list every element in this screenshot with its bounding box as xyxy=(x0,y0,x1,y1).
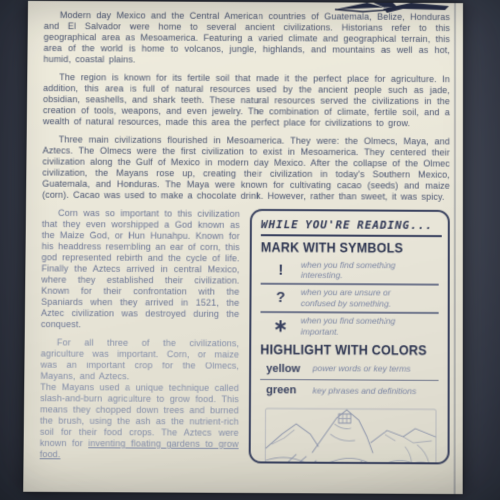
paragraph-maize-god: Corn was so important to this civilizati… xyxy=(41,208,240,331)
worksheet-page: Modern day Mexico and the Central Americ… xyxy=(23,1,463,494)
reading-box-title: WHILE YOU'RE READING... xyxy=(261,218,442,237)
color-row-green: green key phrases and definitions xyxy=(260,380,442,401)
asterisk-icon: ∗ xyxy=(260,321,300,331)
paragraph-civilizations: Three main civilizations flourished in M… xyxy=(42,134,450,203)
symbol-description: when you find something important. xyxy=(301,313,442,339)
while-youre-reading-box: WHILE YOU'RE READING... MARK WITH SYMBOL… xyxy=(249,209,450,465)
corner-sketch-illustration xyxy=(333,1,451,16)
mark-with-symbols-heading: MARK WITH SYMBOLS xyxy=(261,239,442,256)
two-column-section: Corn was so important to this civilizati… xyxy=(40,208,450,470)
paragraph-agriculture: For all three of the civilizations, agri… xyxy=(40,337,239,383)
yellow-label: yellow xyxy=(260,362,312,374)
question-mark-icon: ? xyxy=(261,289,301,306)
color-description: power words or key terms xyxy=(313,362,442,375)
symbol-row-important: ∗ when you find something important. xyxy=(260,313,441,340)
right-column: WHILE YOU'RE READING... MARK WITH SYMBOL… xyxy=(249,209,450,470)
color-description: key phrases and definitions xyxy=(313,384,442,397)
highlight-with-colors-heading: HIGHLIGHT WITH COLORS xyxy=(260,341,441,358)
exclamation-icon: ! xyxy=(261,261,301,278)
symbol-description: when you are unsure or confused by somet… xyxy=(301,285,442,311)
paragraph-slash-and-burn: The Mayans used a unique technique calle… xyxy=(40,382,239,461)
paragraph-intro: Modern day Mexico and the Central Americ… xyxy=(43,10,450,67)
symbol-row-unsure: ? when you are unsure or confused by som… xyxy=(260,284,441,311)
green-label: green xyxy=(260,384,312,396)
mountain-ruins-illustration xyxy=(264,404,438,465)
color-row-yellow: yellow power words or key terms xyxy=(260,358,441,379)
paragraph-resources: The region is known for its fertile soil… xyxy=(43,72,450,129)
photographed-worksheet: Modern day Mexico and the Central Americ… xyxy=(0,0,500,500)
symbol-description: when you find something interesting. xyxy=(301,257,442,283)
symbol-row-interesting: ! when you find something interesting. xyxy=(261,256,442,283)
left-text-column: Corn was so important to this civilizati… xyxy=(40,208,240,469)
page-edge-shadow xyxy=(454,3,456,494)
